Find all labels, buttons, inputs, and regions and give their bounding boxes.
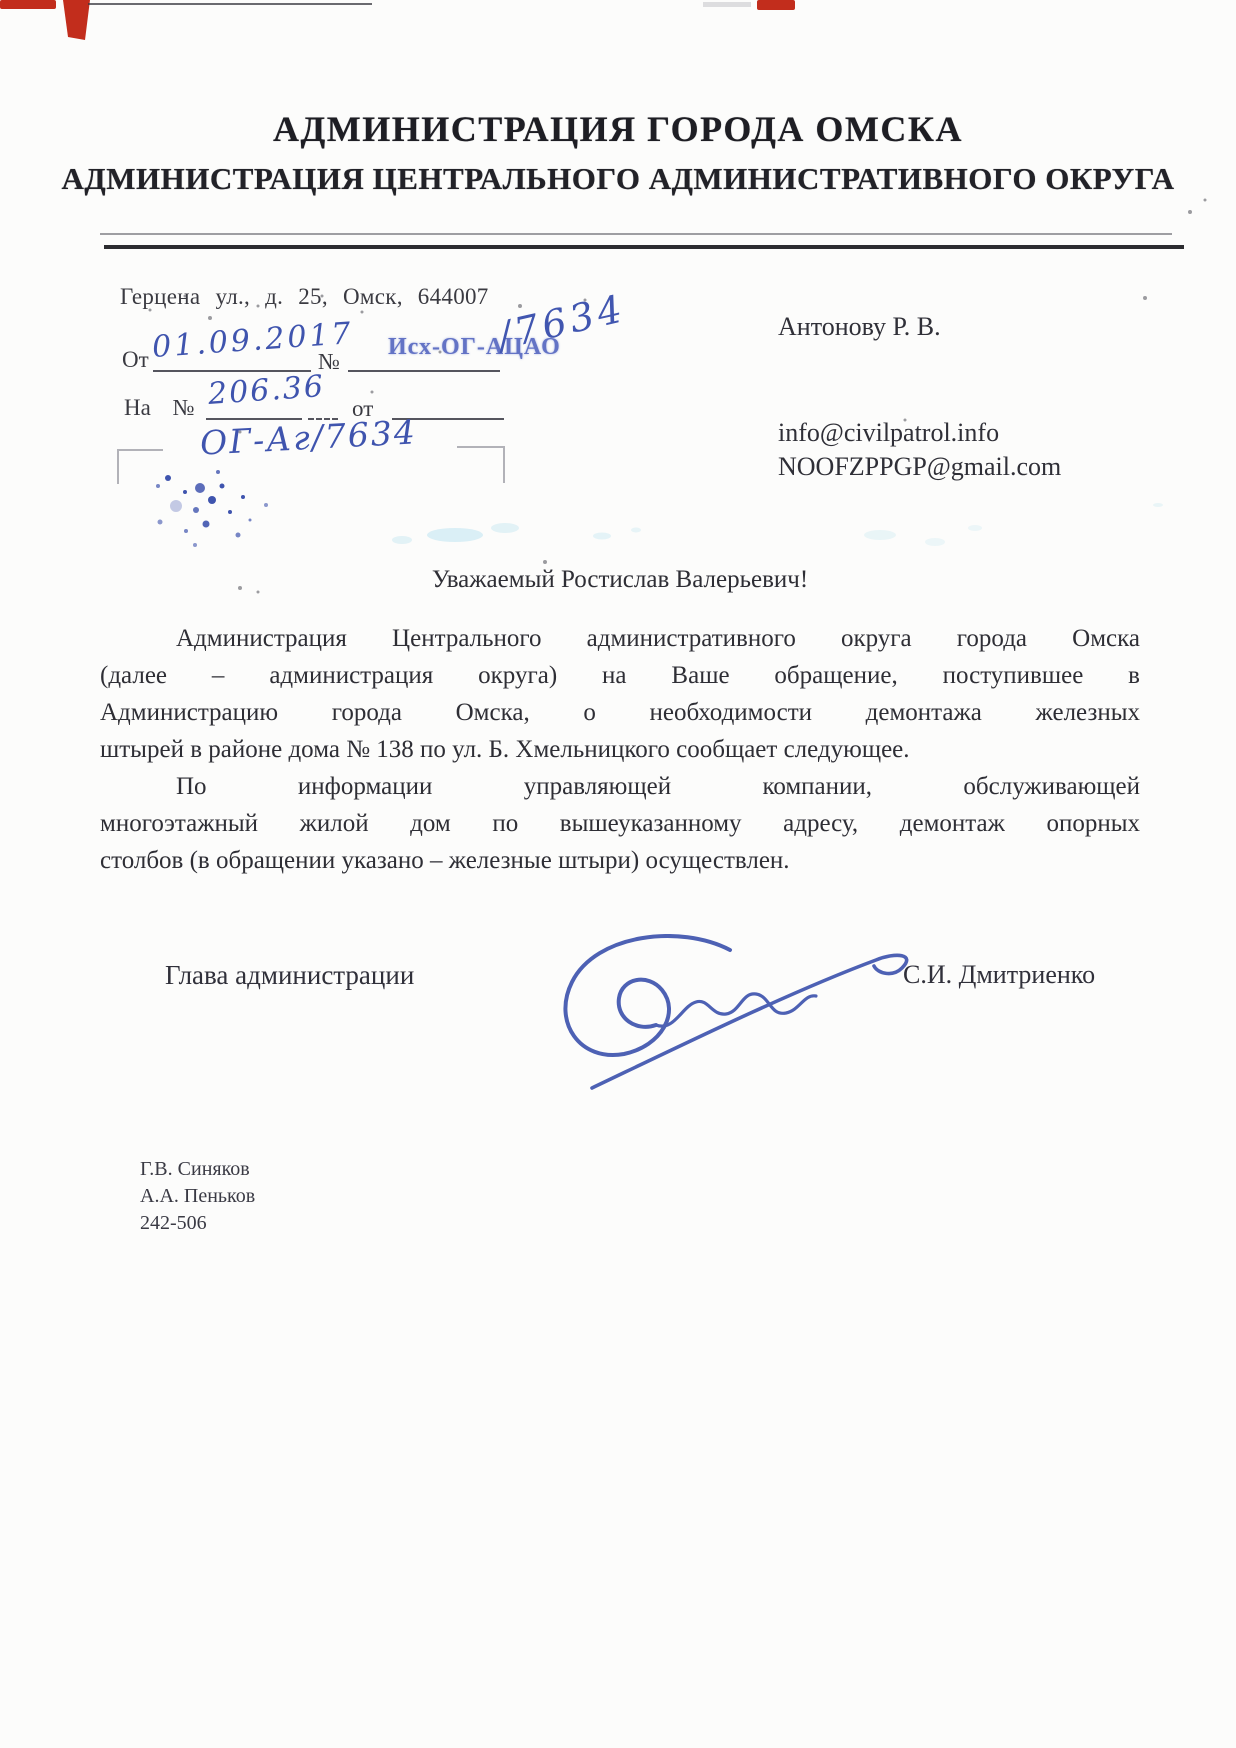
body-line: штырей в районе дома № 138 по ул. Б. Хме… [100,731,1140,768]
signature-title: Глава администрации [165,960,414,991]
body-line: столбов (в обращении указано – железные … [100,842,1140,879]
signature-scribble [540,928,970,1093]
executor-phone: 242-506 [140,1212,207,1235]
signature-loop [565,936,730,1055]
body-line: (далее – администрация округа) на Ваше о… [100,657,1140,694]
executor-name-2: А.А. Пеньков [140,1185,255,1208]
body-line: По информации управляющей компании, обсл… [100,768,1140,805]
body-line: многоэтажный жилой дом по вышеуказанному… [100,805,1140,842]
scan-specks [0,0,1236,700]
body-line: Администрацию города Омска, о необходимо… [100,694,1140,731]
executor-name-1: Г.В. Синяков [140,1158,250,1181]
body-line: Администрация Центрального административ… [100,620,1140,657]
signature-stroke [592,955,907,1088]
recipient-email-1: info@civilpatrol.info [778,418,999,448]
body-text: Администрация Центрального административ… [100,620,1140,879]
letter-page: АДМИНИСТРАЦИЯ ГОРОДА ОМСКА АДМИНИСТРАЦИЯ… [0,0,1236,1748]
recipient-email-2: NOOFZPPGP@gmail.com [778,452,1061,482]
salutation: Уважаемый Ростислав Валерьевич! [100,566,1140,594]
recipient-name: Антонову Р. В. [778,312,941,342]
signature-name: С.И. Дмитриенко [903,960,1095,990]
